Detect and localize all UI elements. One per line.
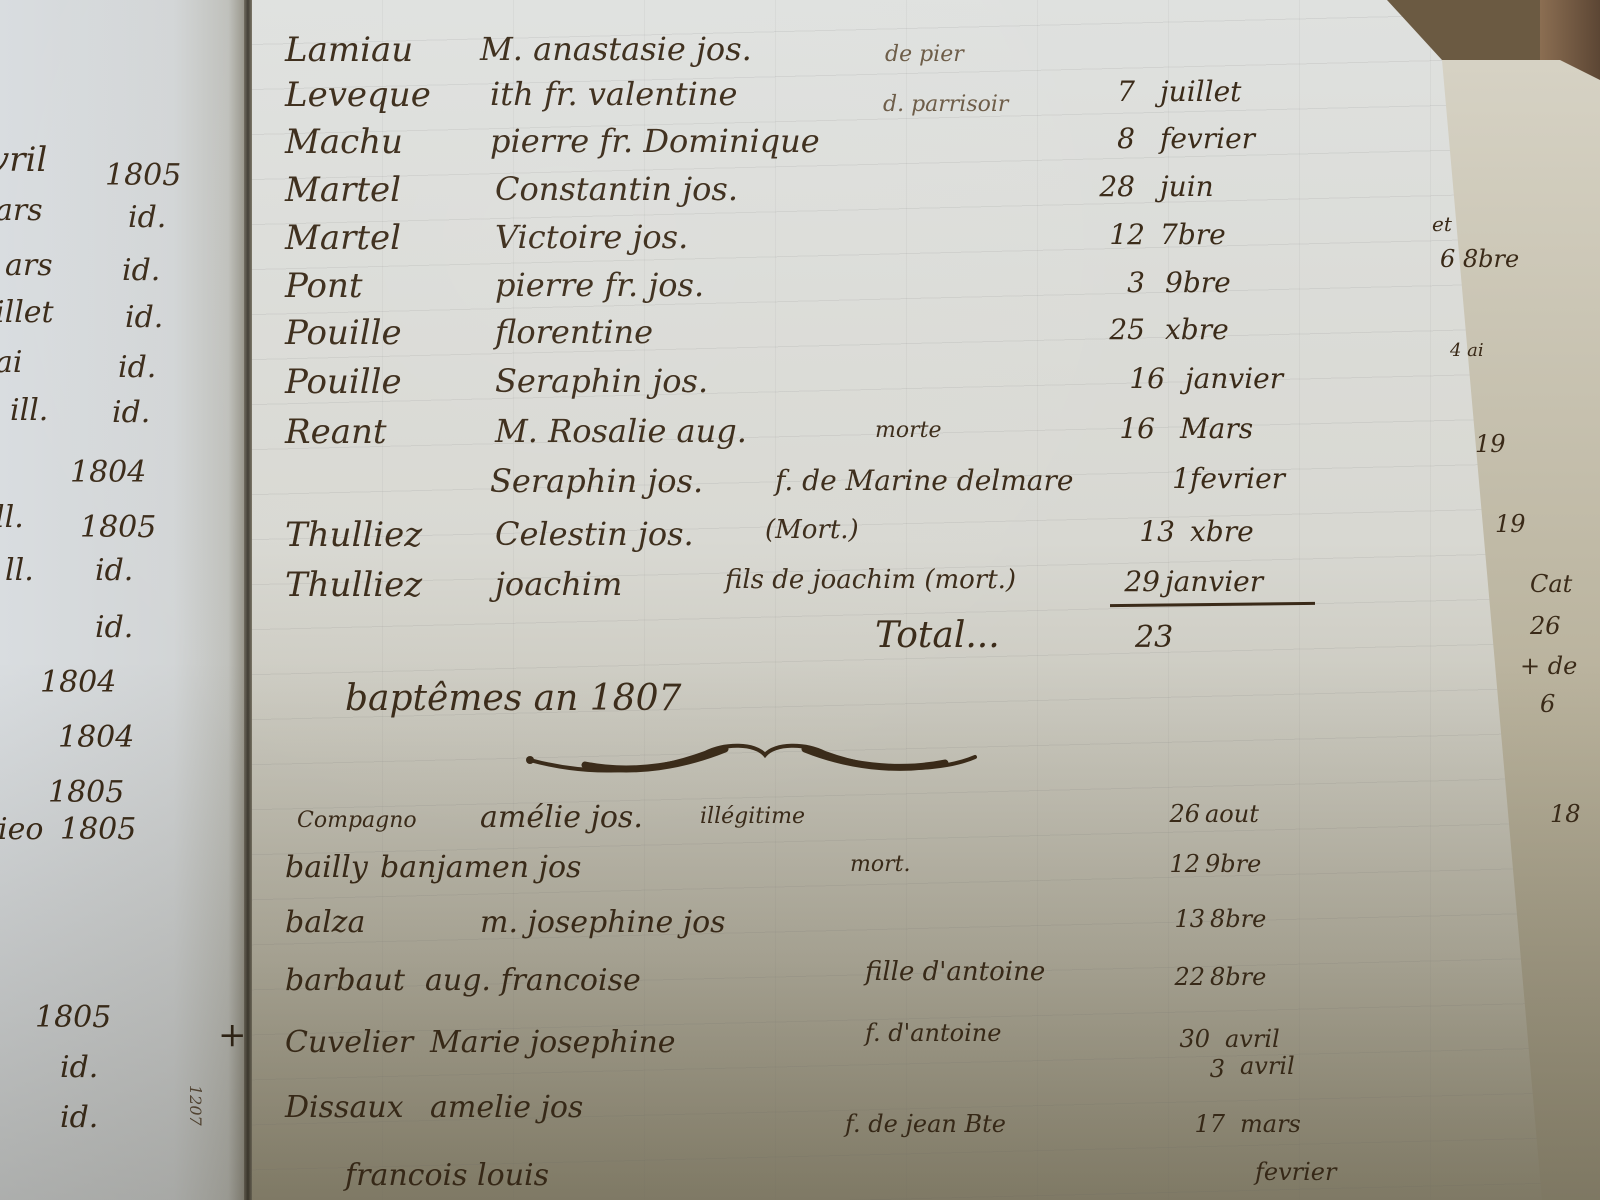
day: 8	[1075, 122, 1135, 155]
register-entry: Pont pierre fr. jos. 3 9bre	[285, 266, 1385, 310]
month: juillet	[1160, 75, 1241, 108]
left-text: ai	[0, 345, 22, 380]
note: (Mort.)	[765, 515, 859, 545]
month: 9bre	[1165, 266, 1231, 299]
register-entry: balza m. josephine jos 13 8bre	[285, 905, 1385, 949]
given-name: aug. francoise	[425, 963, 641, 998]
surname: Thulliez	[285, 565, 422, 605]
given-name: Seraphin jos.	[495, 362, 708, 400]
left-text: ars	[5, 248, 53, 283]
left-text: vril	[0, 140, 47, 180]
day: 28	[1075, 170, 1135, 203]
day: 7	[1075, 75, 1135, 108]
month: juin	[1160, 170, 1214, 203]
day: 17	[1165, 1110, 1225, 1138]
given-name: m. josephine jos	[480, 905, 726, 940]
register-entry: Leveque ith fr. valentine 7 juillet	[285, 75, 1385, 119]
surname: Reant	[285, 412, 387, 452]
left-year: id.	[125, 300, 163, 335]
register-entry: barbaut aug. francoise fille d'antoine 2…	[285, 963, 1385, 1007]
surname: Martel	[285, 170, 401, 210]
bracket-note: d. parrisoir	[883, 92, 1008, 117]
day: 12	[1085, 218, 1145, 251]
surname: Pont	[285, 266, 363, 306]
surname: balza	[285, 905, 365, 940]
note: f. de Marine delmare	[775, 464, 1073, 497]
left-year: id.	[128, 200, 166, 235]
total-label: Total...	[875, 615, 1000, 656]
register-entry: bailly banjamen jos mort. 12 9bre	[285, 850, 1385, 894]
given-name: M. Rosalie aug.	[495, 412, 747, 450]
cross-mark: +	[218, 1015, 247, 1055]
left-year: 1804	[70, 455, 146, 490]
month: 8bre	[1210, 905, 1266, 933]
note: fils de joachim (mort.)	[725, 565, 1016, 595]
note: fille d'antoine	[865, 957, 1045, 987]
margin-note: et	[1432, 212, 1452, 236]
register-entries: Lamiau M. anastasie jos. Leveque ith fr.…	[285, 0, 1385, 1200]
margin-note: 18	[1550, 800, 1581, 828]
given-name: banjamen jos	[380, 850, 581, 885]
left-year: id.	[60, 1050, 98, 1085]
left-year: id.	[122, 253, 160, 288]
right-margin-notes: et 6 8bre 4 ai 19 19 Cat 26 + de 6 18	[1420, 0, 1600, 1200]
day: 3	[1085, 266, 1145, 299]
left-page-dates: vril 1805 ars id. ars id. illet id. ai i…	[0, 0, 240, 1200]
month: 7bre	[1160, 218, 1226, 251]
left-text: illet	[0, 295, 54, 330]
given-name: Seraphin jos.	[490, 462, 703, 500]
surname: barbaut	[285, 963, 405, 998]
register-entry: Reant M. Rosalie aug. morte 16 Mars	[285, 412, 1385, 456]
decorative-flourish-icon	[525, 735, 980, 785]
day: 13	[1115, 515, 1175, 548]
left-year: 1805	[35, 1000, 111, 1035]
left-year: id.	[60, 1100, 98, 1135]
left-text: ieo	[0, 812, 43, 847]
left-year: id.	[112, 395, 150, 430]
left-year: id.	[95, 553, 133, 588]
surname: bailly	[285, 850, 368, 885]
day: 16	[1105, 362, 1165, 395]
month: 8bre	[1210, 963, 1266, 991]
given-name: Celestin jos.	[495, 515, 694, 553]
month: janvier	[1165, 565, 1263, 598]
note: morte	[875, 418, 941, 443]
register-entry: Lamiau M. anastasie jos.	[285, 30, 1385, 74]
given-name: Marie josephine	[430, 1025, 676, 1060]
left-year: 1805	[80, 510, 156, 545]
day: 3	[1165, 1055, 1225, 1083]
left-text: ill.	[10, 393, 48, 428]
day: 26	[1140, 800, 1200, 828]
register-entry: francois louis fevrier	[285, 1158, 1385, 1200]
month: mars	[1240, 1110, 1301, 1138]
left-text: ll.	[0, 500, 24, 535]
given-name: pierre fr. jos.	[495, 266, 704, 304]
month: xbre	[1190, 515, 1254, 548]
surname: Pouille	[285, 313, 402, 353]
bracket-note: de pier	[885, 42, 964, 67]
given-name: francois louis	[345, 1158, 549, 1193]
day: 12	[1140, 850, 1200, 878]
register-entry: Seraphin jos. f. de Marine delmare 1 fev…	[285, 462, 1385, 506]
surname: Lamiau	[285, 30, 413, 70]
month: fevrier	[1190, 462, 1285, 495]
section-heading: baptêmes an 1807	[345, 678, 681, 719]
margin-note: 26	[1530, 612, 1561, 640]
month: aout	[1205, 800, 1259, 828]
left-year: id.	[95, 610, 133, 645]
surname: Thulliez	[285, 515, 422, 555]
surname: Compagno	[297, 808, 417, 833]
register-entry: Thulliez Celestin jos. (Mort.) 13 xbre	[285, 515, 1385, 559]
surname: Cuvelier	[285, 1025, 413, 1060]
note: f. de jean Bte	[845, 1110, 1006, 1138]
left-year: 1804	[40, 665, 116, 700]
surname: Leveque	[285, 75, 431, 115]
note: illégitime	[700, 804, 805, 829]
month: xbre	[1165, 313, 1229, 346]
register-entry: f. de jean Bte 17 mars	[285, 1110, 1385, 1154]
month: Mars	[1180, 412, 1253, 445]
month: avril	[1225, 1025, 1280, 1053]
month: fevrier	[1160, 122, 1255, 155]
given-name: Constantin jos.	[495, 170, 738, 208]
note: mort.	[850, 852, 910, 877]
left-year: 1805	[105, 158, 181, 193]
margin-note: 19	[1495, 510, 1526, 538]
day: 29	[1100, 565, 1160, 598]
day: 1	[1130, 462, 1190, 495]
given-name: pierre fr. Dominique	[490, 122, 820, 160]
day: 16	[1095, 412, 1155, 445]
day: 13	[1145, 905, 1205, 933]
day: 22	[1145, 963, 1205, 991]
total-value: 23	[1135, 620, 1173, 655]
month: 9bre	[1205, 850, 1261, 878]
given-name: M. anastasie jos.	[480, 30, 752, 68]
left-page: vril 1805 ars id. ars id. illet id. ai i…	[0, 0, 248, 1200]
left-year: 1805	[48, 775, 124, 810]
month: fevrier	[1255, 1158, 1336, 1186]
given-name: ith fr. valentine	[490, 75, 737, 113]
month: avril	[1240, 1052, 1295, 1080]
month: janvier	[1185, 362, 1283, 395]
register-entry: Machu pierre fr. Dominique 8 fevrier	[285, 122, 1385, 166]
register-entry: Martel Constantin jos. 28 juin	[285, 170, 1385, 214]
given-name: florentine	[495, 313, 653, 351]
margin-note: Cat	[1530, 570, 1572, 598]
margin-note: 4 ai	[1450, 340, 1484, 361]
left-year: 1804	[58, 720, 134, 755]
given-name: joachim	[495, 565, 622, 603]
margin-note: 19	[1475, 430, 1506, 458]
given-name: Victoire jos.	[495, 218, 688, 256]
register-entry: Compagno amélie jos. illégitime 26 aout	[285, 800, 1385, 844]
margin-note: 6	[1540, 690, 1555, 718]
note: f. d'antoine	[865, 1019, 1001, 1047]
surname: Martel	[285, 218, 401, 258]
margin-note: + de	[1520, 652, 1577, 680]
register-entry: Martel Victoire jos. 12 7bre	[285, 218, 1385, 262]
left-text: ars	[0, 193, 43, 228]
surname: Machu	[285, 122, 403, 162]
side-note: 1207	[186, 1085, 205, 1126]
margin-note: 6 8bre	[1440, 245, 1519, 273]
left-year: 1805	[60, 812, 136, 847]
register-entry: Pouille Seraphin jos. 16 janvier	[285, 362, 1385, 406]
given-name: amélie jos.	[480, 800, 643, 835]
left-year: id.	[118, 350, 156, 385]
day: 30	[1150, 1025, 1210, 1053]
register-entry: Pouille florentine 25 xbre	[285, 313, 1385, 357]
day: 25	[1085, 313, 1145, 346]
left-text: ll.	[5, 553, 34, 588]
surname: Pouille	[285, 362, 402, 402]
register-photo: vril 1805 ars id. ars id. illet id. ai i…	[0, 0, 1600, 1200]
